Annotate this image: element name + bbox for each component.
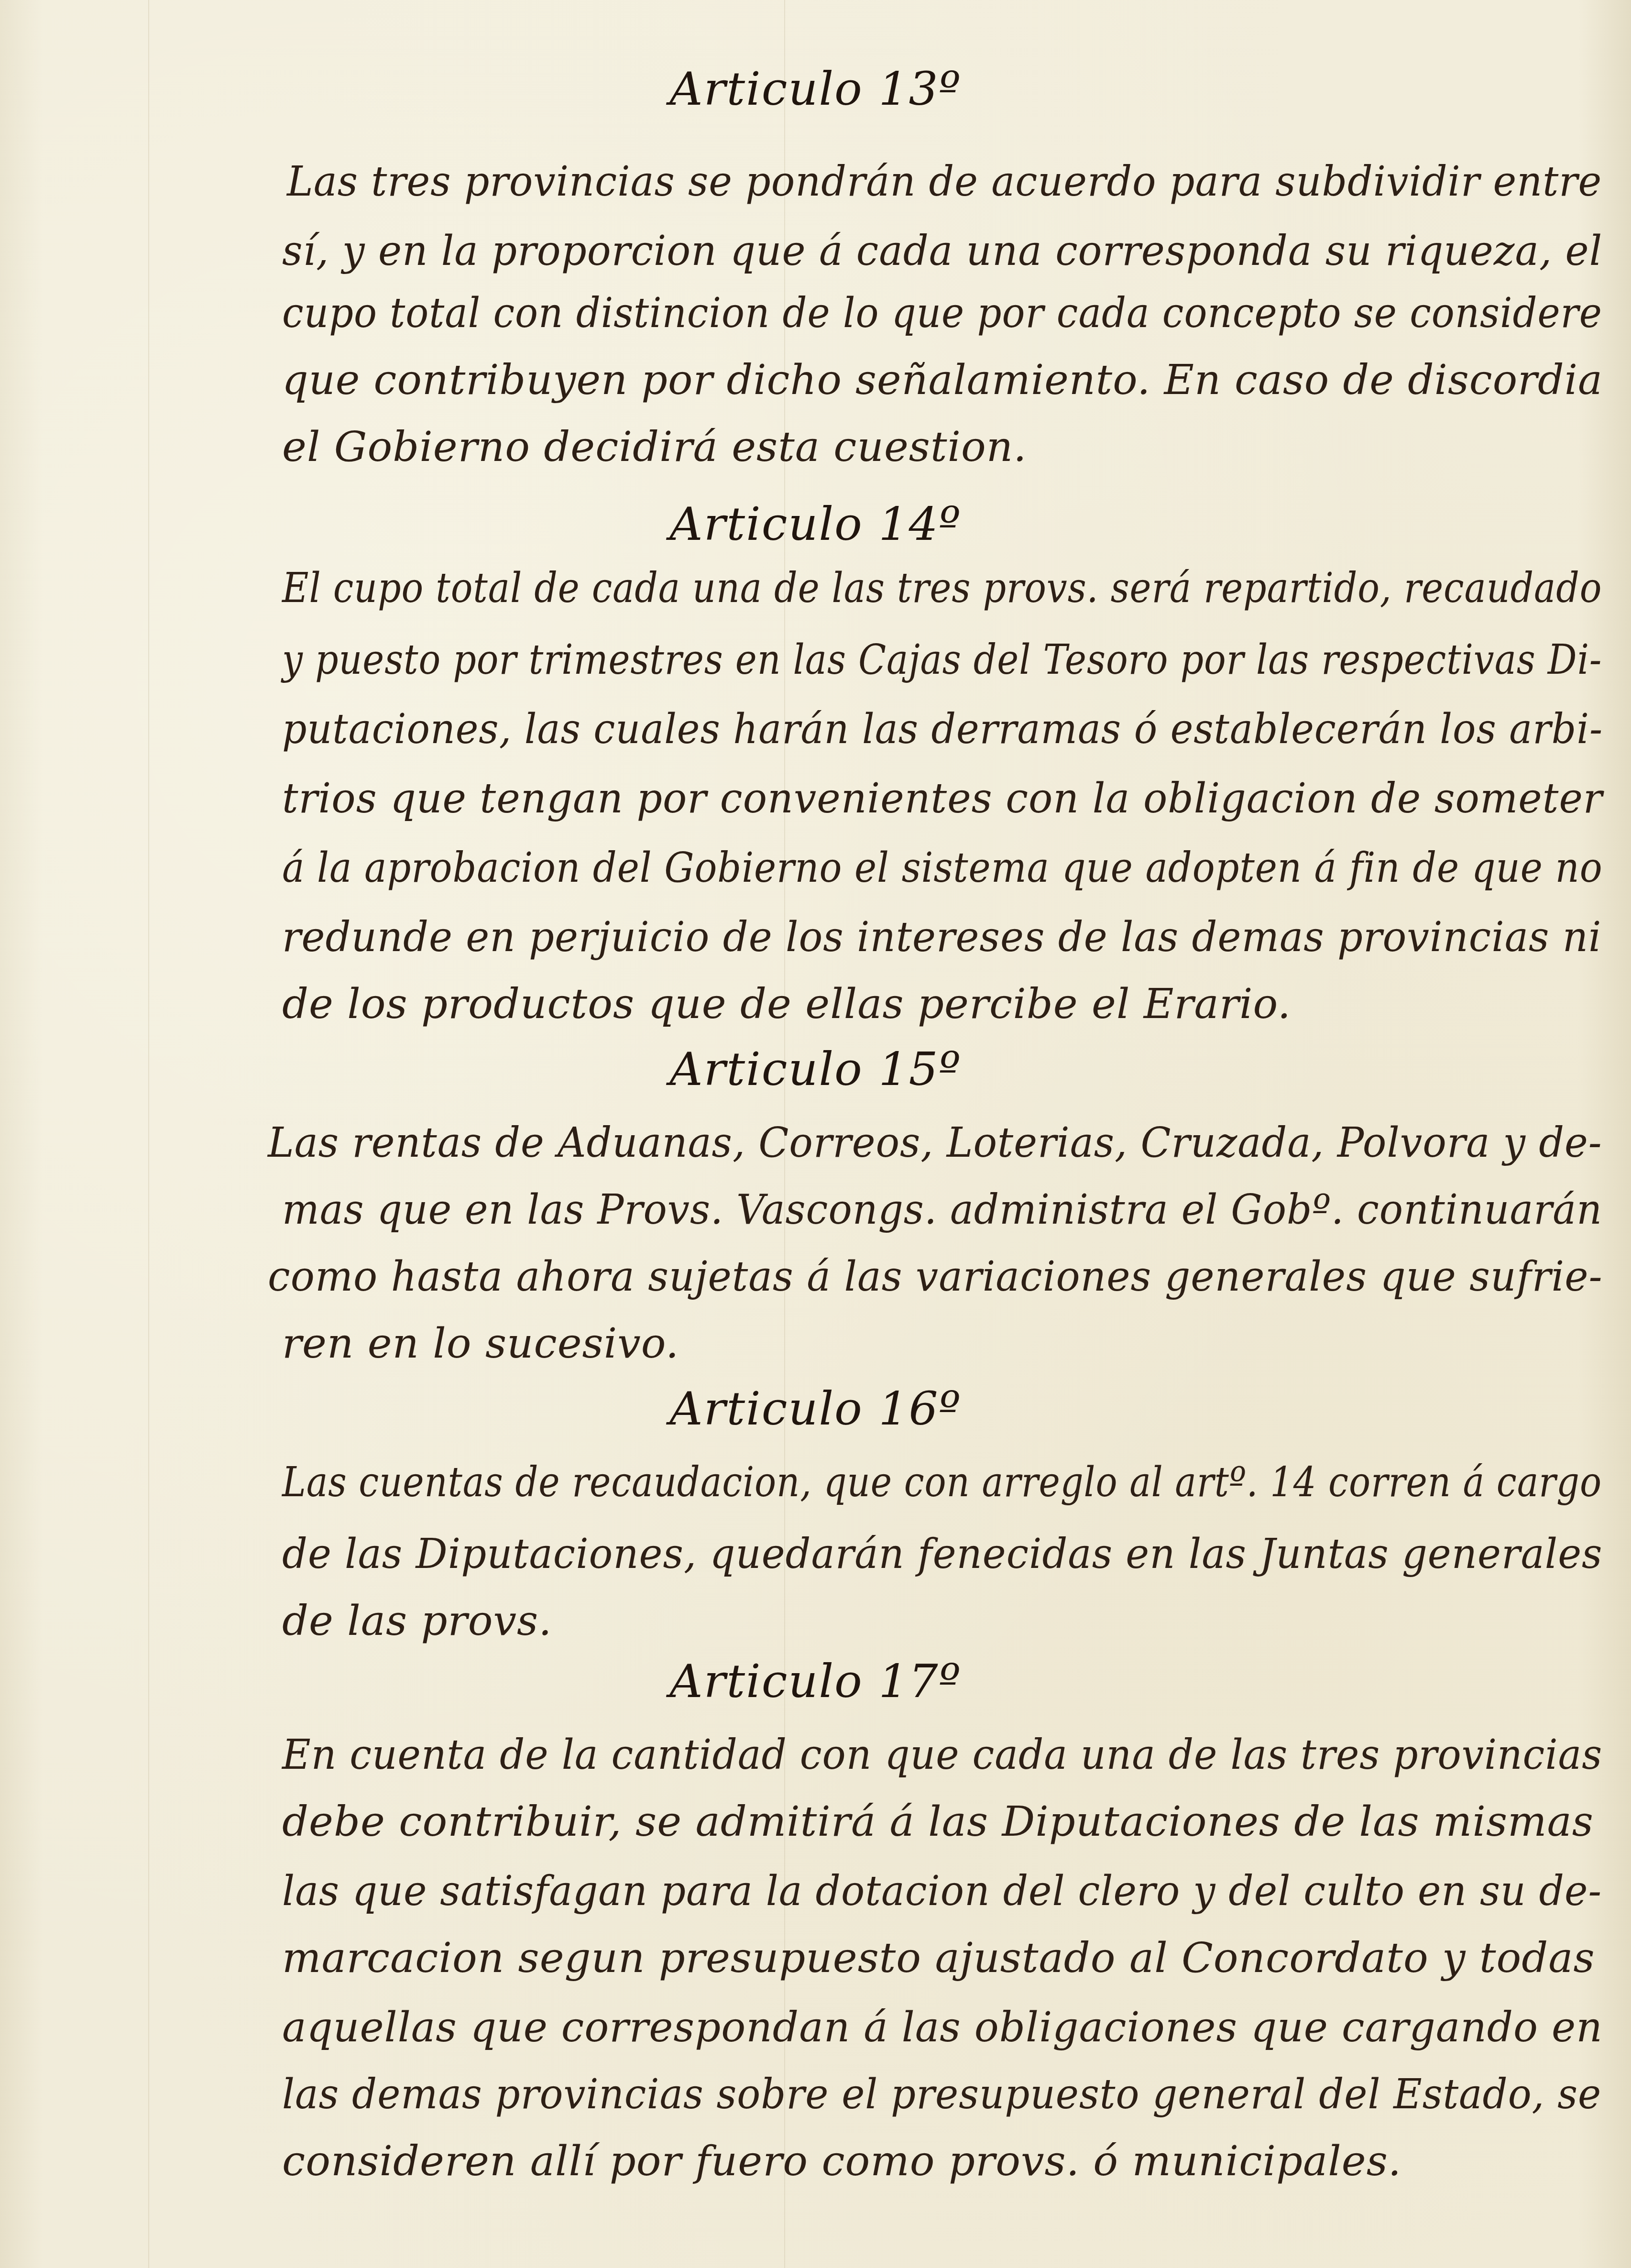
- text-line: sí, y en la proporcion que á cada una co…: [282, 227, 1556, 275]
- article-heading: Articulo 17º: [0, 1654, 1631, 1708]
- manuscript-page: Articulo 13º Las tres provincias se pond…: [0, 0, 1631, 2268]
- article-heading: Articulo 15º: [0, 1042, 1631, 1096]
- text-line: ren en lo sucesivo.: [282, 1320, 1602, 1368]
- text-line: trios que tengan por convenientes con la…: [282, 775, 1566, 822]
- text-line: de las provs.: [282, 1597, 1602, 1645]
- text-line: mas que en las Provs. Vascongs. administ…: [282, 1186, 1540, 1234]
- text-line: cupo total con distincion de lo que por …: [282, 289, 1507, 337]
- text-line: putaciones, las cuales harán las derrama…: [282, 705, 1519, 753]
- text-line: consideren allí por fuero como provs. ó …: [282, 2137, 1602, 2185]
- text-line: á la aprobacion del Gobierno el sistema …: [282, 844, 1479, 892]
- text-line: de las Diputaciones, quedarán fenecidas …: [282, 1530, 1552, 1578]
- text-line: Las rentas de Aduanas, Correos, Loterias…: [268, 1119, 1548, 1167]
- text-line: de los productos que de ellas percibe el…: [282, 980, 1602, 1028]
- text-line: que contribuyen por dicho señalamiento. …: [282, 356, 1594, 404]
- text-line: Las tres provincias se pondrán de acuerd…: [287, 158, 1547, 206]
- text-line: y puesto por trimestres en las Cajas del…: [282, 636, 1449, 684]
- text-line: marcacion segun presupuesto ajustado al …: [282, 1934, 1602, 1982]
- text-line: debe contribuir, se admitirá á las Diput…: [282, 1798, 1602, 1846]
- text-line: Las cuentas de recaudacion, que con arre…: [282, 1458, 1434, 1506]
- text-line: aquellas que correspondan á las obligaci…: [282, 2004, 1584, 2051]
- article-heading: Articulo 16º: [0, 1382, 1631, 1435]
- article-heading: Articulo 14º: [0, 497, 1631, 551]
- text-line: El cupo total de cada una de las tres pr…: [282, 564, 1449, 612]
- text-line: como hasta ahora sujetas á las variacion…: [268, 1253, 1562, 1301]
- text-line: redunde en perjuicio de los intereses de…: [282, 913, 1554, 961]
- article-heading: Articulo 13º: [0, 62, 1631, 116]
- text-line: el Gobierno decidirá esta cuestion.: [282, 423, 1602, 471]
- text-line: las demas provincias sobre el presupuest…: [282, 2071, 1532, 2118]
- paper-fold-line: [148, 0, 149, 2268]
- text-line: las que satisfagan para la dotacion del …: [282, 1867, 1539, 1915]
- text-line: En cuenta de la cantidad con que cada un…: [282, 1731, 1538, 1779]
